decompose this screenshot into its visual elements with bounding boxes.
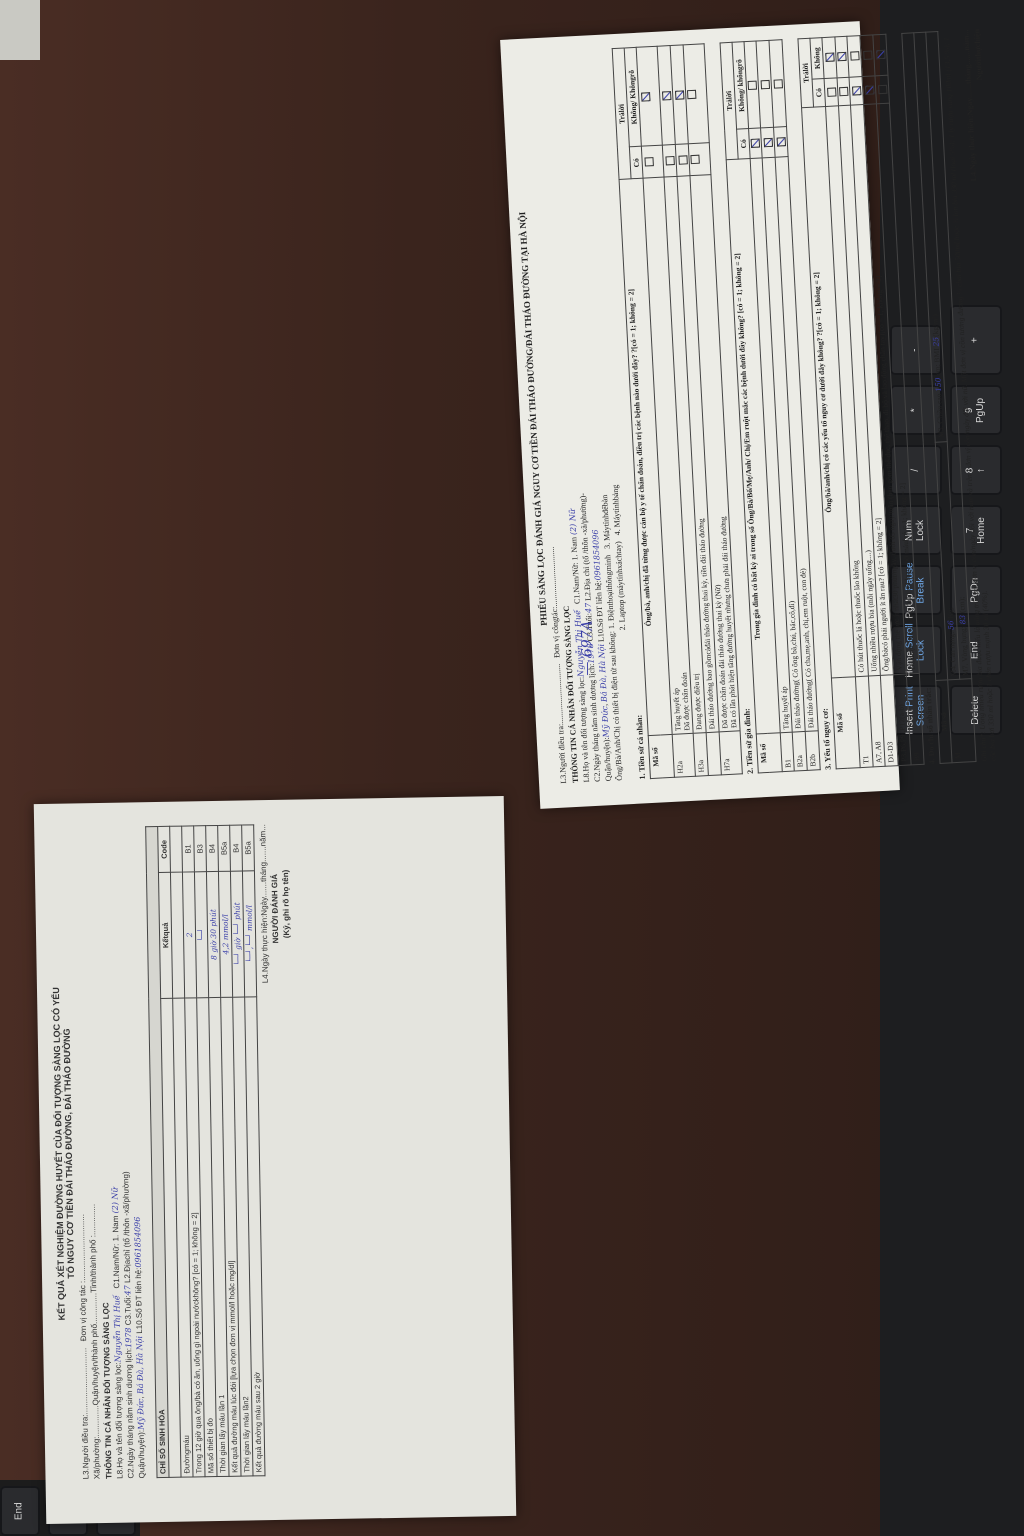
district-label: Quận/huyện): <box>602 737 613 781</box>
weight-value: 56 <box>946 620 955 630</box>
sex-value: (2) Nữ <box>110 1187 119 1213</box>
address-label: L2.Địachỉ (tổ /thôn -xã/phường) <box>121 1171 132 1283</box>
code-cell: B1 <box>182 826 195 872</box>
code-cell <box>170 826 183 872</box>
code-cell: H2a <box>672 734 695 778</box>
address-value: Bá Đà, Hà Nội <box>135 1336 145 1394</box>
code-cell: B3 <box>194 826 207 872</box>
phone-value: 0961854096 <box>133 1217 143 1268</box>
key-end-bottom[interactable]: End <box>0 1486 40 1536</box>
no-checkbox[interactable] <box>838 52 847 61</box>
sex-label: C1.Nam/Nữ: 1. Nam <box>111 1216 121 1289</box>
no-checkbox[interactable] <box>748 80 757 89</box>
investigator-field: L3.Người điều tra:......................… <box>79 1348 90 1480</box>
no-checkbox[interactable] <box>641 92 650 101</box>
code-cell: M <box>948 679 976 763</box>
blood-test-form: KẾT QUẢ XÉT NGHIỆM ĐƯỜNG HUYẾT CỦA ĐỐI T… <box>34 796 506 1504</box>
bmi-label: BMI <box>932 348 942 363</box>
height-label: M3. Chiều cao <box>934 393 945 438</box>
no-checkbox[interactable] <box>687 89 696 98</box>
waist-value: 83 <box>958 615 967 625</box>
device-option: 4. Máytínhbảng <box>611 485 623 536</box>
code-cell: H7a <box>719 731 742 775</box>
yes-checkbox[interactable] <box>852 86 861 95</box>
biochemistry-table: CHỈ SỐ SINH HÓAKếtquảCodeĐườngmáuTrong 1… <box>145 824 265 1478</box>
result-cell[interactable]: └─┘,└─┘ mmol/l <box>242 871 256 997</box>
no-checkbox[interactable] <box>850 52 859 61</box>
yes-checkbox[interactable] <box>840 87 849 96</box>
device-option: 2. Laptop (máytínhxáchtay) <box>614 541 628 630</box>
bmi-unit: (kg/m²) <box>930 314 940 337</box>
waist-unit: (cm); <box>957 597 967 614</box>
yes-checkbox[interactable] <box>678 156 687 165</box>
no-checkbox[interactable] <box>863 51 872 60</box>
yes-checkbox[interactable] <box>776 137 785 146</box>
no-checkbox[interactable] <box>876 50 885 59</box>
no-checkbox[interactable] <box>761 80 770 89</box>
name-value: Nguyễn Thị Huế <box>112 1295 122 1362</box>
yes-checkbox[interactable] <box>665 156 674 165</box>
address-value: Bá Đà, Hà Nội <box>597 644 609 703</box>
weight-label: M4. Cân nặng: <box>947 632 958 677</box>
age-value: 47 <box>123 1285 132 1295</box>
code-cell: B2b <box>805 731 820 770</box>
height-unit: cm; <box>932 364 942 376</box>
code-cell: B5a <box>218 825 231 871</box>
yes-checkbox[interactable] <box>865 85 874 94</box>
yes-checkbox[interactable] <box>764 138 773 147</box>
yes-checkbox[interactable] <box>827 87 836 96</box>
age-value: 47 <box>584 603 594 614</box>
yes-checkbox[interactable] <box>751 138 760 147</box>
yes-checkbox[interactable] <box>691 155 700 164</box>
code-header: Code <box>158 826 171 872</box>
sex-value: (2) Nữ <box>568 509 578 535</box>
weight-unit: Kg; <box>945 607 955 619</box>
dob-label: C2.Ngày tháng năm sinh dương lịch: <box>124 1348 135 1479</box>
district-value: Mỹ Đức <box>600 706 611 738</box>
blood-test-form-paper: KẾT QUẢ XÉT NGHIỆM ĐƯỜNG HUYẾT CỦA ĐỐI T… <box>34 796 516 1524</box>
waist-label: M7. Vòng bụng: <box>958 626 970 676</box>
district-label: Quận/huyện): <box>137 1430 147 1479</box>
no-checkbox[interactable] <box>675 90 684 99</box>
bmi-value: 25 <box>931 337 940 347</box>
district-value: Mỹ Đức <box>136 1398 146 1429</box>
name-label: L8.Họ và tên đối tượng sàng lọc: <box>114 1362 125 1479</box>
yes-checkbox[interactable] <box>644 157 653 166</box>
unit-field: Đơn vị công tác :.......................… <box>77 1214 88 1341</box>
handwritten-code: — 697A <box>580 620 596 675</box>
phone-value: 0961854096 <box>591 529 603 580</box>
phone-label: L10.Số ĐT liên hệ: <box>134 1268 144 1334</box>
height-value: 150 <box>933 377 943 392</box>
no-checkbox[interactable] <box>773 79 782 88</box>
no-checkbox[interactable] <box>662 91 671 100</box>
code-cell: B4 <box>206 825 219 871</box>
code-header: Mã số <box>756 733 782 773</box>
device-option: 3. Máytínhđểbàn <box>600 495 612 550</box>
age-label: C3.Tuổi: <box>123 1295 133 1325</box>
tissue <box>0 0 40 60</box>
code-header: Mã số <box>648 735 674 779</box>
screening-form-paper: PHIẾU SÀNG LỌC ĐÁNH GIÁ NGUY CƠ TIỀN ĐÁI… <box>500 21 900 809</box>
code-cell: B5a <box>242 825 255 871</box>
code-cell: B4 <box>230 825 243 871</box>
dob-value: 1978 <box>124 1327 133 1348</box>
yes-checkbox[interactable] <box>878 85 887 94</box>
screening-form: PHIẾU SÀNG LỌC ĐÁNH GIÁ NGUY CƠ TIỀN ĐÁI… <box>500 22 889 799</box>
no-checkbox[interactable] <box>825 53 834 62</box>
